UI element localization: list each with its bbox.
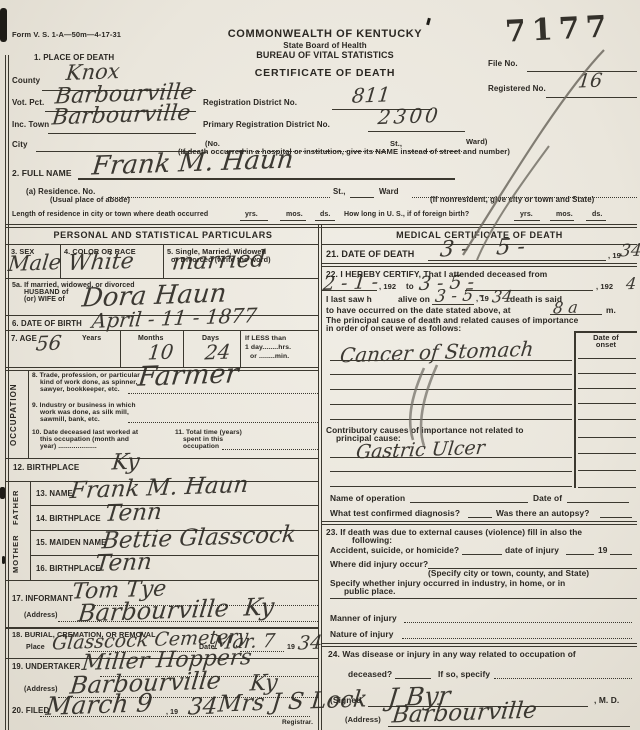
certificate-stamp-number: 7177 bbox=[504, 9, 613, 50]
rule bbox=[280, 220, 306, 221]
rule bbox=[322, 521, 637, 522]
death-certificate-scan: Form V. S. 1-A—50m—4-17-31 COMMONWEALTH … bbox=[0, 0, 640, 730]
date-of-birth-label: 6. DATE OF BIRTH bbox=[12, 320, 82, 328]
mother-birthplace-value: Tenn bbox=[94, 551, 153, 576]
to-year-prefix: , 192 bbox=[596, 283, 613, 291]
rule bbox=[330, 486, 572, 487]
rule bbox=[578, 403, 636, 404]
father-birthplace-value: Tenn bbox=[104, 501, 163, 526]
months-value: 10 bbox=[147, 342, 175, 363]
mother-maiden-name-label: 15. MAIDEN NAME bbox=[36, 539, 106, 547]
injury-year-prefix: 19 bbox=[598, 546, 608, 555]
rule bbox=[240, 330, 241, 367]
rule bbox=[330, 457, 572, 458]
father-birthplace-label: 14. BIRTHPLACE bbox=[36, 515, 101, 523]
test-confirmed-label: What test confirmed diagnosis? bbox=[330, 509, 460, 518]
rule bbox=[58, 621, 318, 622]
rule bbox=[578, 419, 636, 420]
rule bbox=[330, 471, 572, 472]
burial-year-prefix: 19 bbox=[287, 644, 295, 651]
physician-address-value: Barbourville bbox=[391, 699, 538, 727]
where-injury-label: Where did injury occur? bbox=[330, 560, 428, 569]
rule bbox=[330, 419, 572, 420]
to-year-value: 4 bbox=[625, 276, 637, 292]
rule bbox=[128, 422, 318, 423]
yrs-label: yrs. bbox=[245, 211, 258, 218]
rule bbox=[330, 598, 637, 599]
left-section-title: PERSONAL AND STATISTICAL PARTICULARS bbox=[8, 231, 318, 240]
from-year-prefix: , 192 bbox=[379, 283, 396, 291]
occupation-related-label: 24. Was disease or injury in any way rel… bbox=[328, 650, 576, 659]
mos-label: mos. bbox=[286, 211, 303, 218]
nature-of-injury-label: Nature of injury bbox=[330, 630, 394, 639]
city-label: City bbox=[12, 141, 28, 149]
rule bbox=[368, 131, 465, 132]
rule bbox=[108, 197, 330, 198]
years-label: Years bbox=[82, 335, 101, 342]
rule bbox=[574, 331, 576, 488]
informant-address-label: (Address) bbox=[24, 612, 58, 619]
rule bbox=[120, 330, 121, 367]
file-no-label: File No. bbox=[488, 60, 518, 68]
primary-registration-label: Primary Registration District No. bbox=[203, 121, 330, 129]
date-of-death-value: 3 - 5 - bbox=[439, 236, 526, 261]
sex-value: Male bbox=[7, 252, 62, 275]
age-label: 7. AGE bbox=[11, 335, 37, 343]
registered-no-value: 16 bbox=[577, 72, 603, 92]
occurred-label: to have occurred on the date stated abov… bbox=[326, 306, 511, 315]
rule bbox=[350, 197, 374, 198]
date-of-injury-label: date of injury bbox=[505, 546, 559, 555]
rule bbox=[6, 278, 318, 279]
nonresident-note: (If nonresident, give city or town and S… bbox=[430, 196, 594, 204]
rule bbox=[163, 244, 164, 278]
form-number: Form V. S. 1-A—50m—4-17-31 bbox=[12, 31, 121, 39]
principal-cause-label-line2: in order of onset were as follows: bbox=[326, 324, 461, 333]
if-less-label-line2: 1 day........hrs. bbox=[245, 344, 291, 351]
birthplace-label: 12. BIRTHPLACE bbox=[13, 464, 79, 472]
principal-cause-value: Cancer of Stomach bbox=[339, 339, 535, 366]
last-saw-label: I last saw h bbox=[326, 295, 372, 304]
center-divider bbox=[318, 225, 322, 730]
rule bbox=[322, 290, 377, 291]
rule bbox=[28, 370, 29, 458]
rule bbox=[330, 389, 572, 390]
physician-address-label: (Address) bbox=[345, 716, 381, 724]
rule bbox=[322, 524, 637, 525]
length-residence-label: Length of residence in city or town wher… bbox=[12, 211, 208, 218]
rule bbox=[578, 487, 636, 488]
signed-label: (Signed bbox=[330, 696, 361, 705]
voting-precinct-label: Vot. Pct. bbox=[12, 99, 44, 107]
commonwealth-title: COMMONWEALTH OF KENTUCKY bbox=[185, 29, 465, 41]
trade-label-line3: sawyer, bookkeeper, etc. bbox=[40, 387, 120, 394]
inc-town-label: Inc. Town bbox=[12, 121, 49, 129]
spouse-label-line3: (or) WIFE of bbox=[24, 296, 65, 303]
rule bbox=[30, 505, 318, 506]
marital-value: married bbox=[171, 248, 267, 274]
full-name-value: Frank M. Haun bbox=[91, 146, 295, 179]
rule bbox=[322, 643, 637, 644]
rule bbox=[6, 458, 318, 459]
residence-st-label: St., bbox=[333, 188, 346, 196]
rule bbox=[330, 374, 572, 375]
undertaker-label: 19. UNDERTAKER bbox=[12, 663, 80, 671]
rule bbox=[546, 97, 637, 98]
registered-no-label: Registered No. bbox=[488, 85, 546, 93]
date-of-death-label: 21. DATE OF DEATH bbox=[326, 250, 414, 259]
autopsy-label: Was there an autopsy? bbox=[496, 509, 589, 518]
rule bbox=[222, 449, 318, 450]
industry-label-line3: sawmill, bank, etc. bbox=[40, 417, 100, 424]
rule bbox=[494, 678, 632, 679]
accident-label: Accident, suicide, or homicide? bbox=[330, 546, 459, 555]
rule bbox=[578, 373, 636, 374]
specify-city-note: (Specify city or town, county, and State… bbox=[428, 569, 589, 578]
rule bbox=[567, 502, 629, 503]
rule bbox=[578, 453, 636, 454]
primary-registration-value: 2300 bbox=[377, 105, 442, 127]
date-of-operation-label: Date of bbox=[533, 494, 562, 503]
certificate-title: CERTIFICATE OF DEATH bbox=[185, 68, 465, 79]
rule bbox=[315, 220, 335, 221]
scan-artifact bbox=[426, 18, 431, 26]
rule bbox=[410, 502, 528, 503]
burial-year-value: 34 bbox=[297, 634, 323, 654]
filed-label: 20. FILED bbox=[12, 707, 49, 715]
county-value: Knox bbox=[65, 61, 121, 84]
hour-of-death-value: 8 a bbox=[552, 300, 578, 317]
mother-vertical-label: MOTHER bbox=[11, 532, 20, 576]
external-causes-label-line2: following: bbox=[352, 536, 392, 545]
registration-district-value: 811 bbox=[351, 84, 391, 105]
city-ward-label: Ward) bbox=[466, 138, 487, 146]
rule bbox=[578, 388, 636, 389]
rule bbox=[330, 360, 572, 361]
rule bbox=[395, 678, 431, 679]
if-so-specify-label: If so, specify bbox=[438, 670, 490, 679]
rule bbox=[240, 220, 268, 221]
total-time-label-line3: occupation bbox=[183, 444, 219, 451]
rule bbox=[322, 266, 637, 267]
inc-town-value: Barbourville bbox=[51, 103, 192, 130]
date-of-birth-value: April - 11 - 1877 bbox=[91, 305, 258, 331]
rule bbox=[578, 470, 636, 471]
last-worked-label-line3: year) .................... bbox=[40, 444, 97, 451]
last-saw-year-prefix: , 19 bbox=[476, 295, 489, 303]
deceased-label: deceased? bbox=[348, 670, 392, 679]
rule bbox=[322, 646, 637, 647]
rule bbox=[40, 716, 310, 717]
burial-place-label: Place bbox=[26, 644, 45, 651]
residence-ward-label: Ward bbox=[379, 188, 399, 196]
registrar-label: Registrar. bbox=[282, 720, 313, 727]
county-label: County bbox=[12, 77, 40, 85]
rule bbox=[330, 404, 572, 405]
informant-label: 17. INFORMANT bbox=[12, 595, 73, 603]
how-long-us-label: How long in U. S., if of foreign birth? bbox=[344, 211, 469, 218]
rule bbox=[128, 393, 318, 394]
name-of-operation-label: Name of operation bbox=[330, 494, 405, 503]
father-name-label: 13. NAME bbox=[36, 490, 73, 498]
occupation-value: Farmer bbox=[137, 360, 240, 391]
bureau-title: BUREAU OF VITAL STATISTICS bbox=[185, 51, 465, 60]
registration-district-label: Registration District No. bbox=[203, 99, 297, 107]
contributory-cause-value: Gastric Ulcer bbox=[355, 439, 486, 463]
rule bbox=[404, 622, 632, 623]
specify-where-label-line2: public place. bbox=[344, 587, 396, 596]
to-label: to bbox=[406, 283, 414, 291]
birthplace-value: Ky bbox=[111, 451, 141, 474]
race-value: White bbox=[67, 251, 135, 275]
rule bbox=[578, 437, 636, 438]
rule bbox=[566, 554, 594, 555]
if-less-label-line1: If LESS than bbox=[245, 335, 286, 342]
date-of-onset-label-line2: onset bbox=[578, 341, 634, 349]
full-name-label: 2. FULL NAME bbox=[12, 169, 72, 178]
scan-artifact bbox=[0, 8, 7, 42]
md-label: , M. D. bbox=[594, 696, 619, 705]
abode-note: (Usual place of abode) bbox=[50, 196, 130, 204]
father-vertical-label: FATHER bbox=[11, 486, 20, 528]
age-value: 56 bbox=[35, 333, 63, 354]
rule bbox=[578, 358, 636, 359]
ds-label: ds. bbox=[592, 211, 602, 218]
rule bbox=[322, 263, 637, 264]
rule bbox=[550, 220, 574, 221]
if-less-label-line3: or ........min. bbox=[250, 353, 289, 360]
manner-of-injury-label: Manner of injury bbox=[330, 614, 397, 623]
rule bbox=[514, 220, 540, 221]
occupation-vertical-label: OCCUPATION bbox=[9, 374, 18, 456]
rule bbox=[610, 554, 632, 555]
ds-label: ds. bbox=[320, 211, 330, 218]
rule bbox=[6, 244, 318, 245]
rule bbox=[402, 638, 632, 639]
rule bbox=[48, 133, 196, 134]
filed-date-value: March 9 bbox=[45, 690, 154, 719]
yrs-label: yrs. bbox=[520, 211, 533, 218]
rule bbox=[462, 554, 502, 555]
mos-label: mos. bbox=[556, 211, 573, 218]
dod-year-value: 34 bbox=[619, 243, 640, 261]
rule bbox=[586, 220, 606, 221]
rule bbox=[600, 517, 632, 518]
m-label: m. bbox=[606, 306, 616, 315]
mother-birthplace-label: 16. BIRTHPLACE bbox=[36, 565, 101, 573]
rule bbox=[468, 517, 492, 518]
rule bbox=[30, 555, 318, 556]
last-saw-label2: alive on bbox=[398, 295, 430, 304]
